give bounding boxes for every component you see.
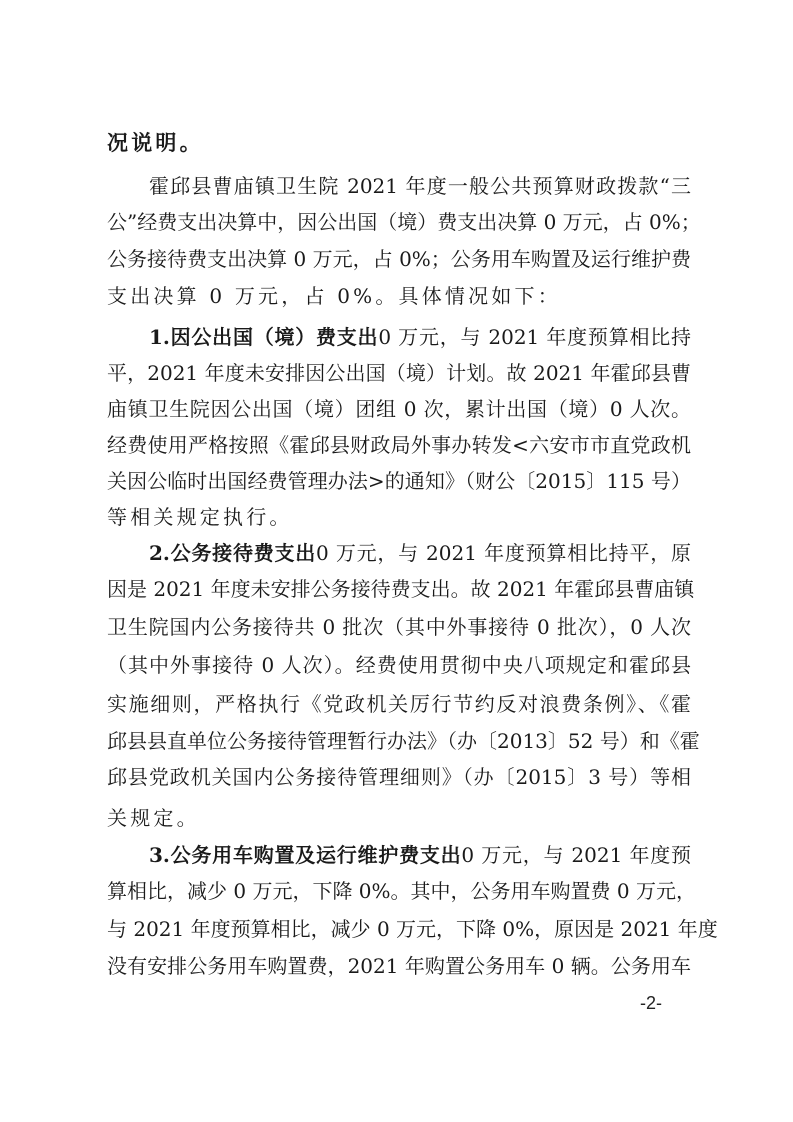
section-1-line: 关因公临时出国经费管理办法>的通知》（财公〔2015〕115 号） <box>107 466 691 496</box>
section-2-title-rest: 0 万元，与 2021 年度预算相比持平，原 <box>316 541 691 565</box>
section-2-line: 关规定。 <box>107 803 691 833</box>
section-1-title-rest: 0 万元，与 2021 年度预算相比持 <box>378 325 691 349</box>
intro-line-2: 公”经费支出决算中，因公出国（境）费支出决算 0 万元，占 0%； <box>107 207 691 237</box>
section-3-line: 算相比，减少 0 万元，下降 0%。其中，公务用车购置费 0 万元， <box>107 876 691 906</box>
section-2-line: 因是 2021 年度未安排公务接待费支出。故 2021 年霍邱县曹庙镇 <box>107 574 691 604</box>
section-2-line: 邱县县直单位公务接待管理暂行办法》（办〔2013〕52 号）和《霍 <box>107 726 691 756</box>
section-1-line: 庙镇卫生院因公出国（境）团组 0 次，累计出国（境）0 人次。 <box>107 394 691 424</box>
section-2-first-line: 2.公务接待费支出0 万元，与 2021 年度预算相比持平，原 <box>149 538 691 568</box>
heading-continuation: 况说明。 <box>107 128 691 158</box>
document-page: 况说明。 霍邱县曹庙镇卫生院 2021 年度一般公共预算财政拨款“三 公”经费支… <box>0 0 793 1122</box>
section-1-first-line: 1.因公出国（境）费支出0 万元，与 2021 年度预算相比持 <box>149 322 691 352</box>
section-1-line: 经费使用严格按照《霍邱县财政局外事办转发<六安市市直党政机 <box>107 430 691 460</box>
page-number: -2- <box>640 990 662 1016</box>
section-1-line: 等相关规定执行。 <box>107 502 691 532</box>
section-3-line: 与 2021 年度预算相比，减少 0 万元，下降 0%，原因是 2021 年度 <box>107 914 691 944</box>
section-2-line: 卫生院国内公务接待共 0 批次（其中外事接待 0 批次），0 人次 <box>107 612 691 642</box>
section-3-first-line: 3.公务用车购置及运行维护费支出0 万元，与 2021 年度预 <box>149 840 691 870</box>
section-2-title: 2.公务接待费支出 <box>149 541 316 565</box>
section-3-title: 3.公务用车购置及运行维护费支出 <box>149 843 461 867</box>
section-1-title: 1.因公出国（境）费支出 <box>149 325 378 349</box>
section-2-line: （其中外事接待 0 人次）。经费使用贯彻中央八项规定和霍邱县 <box>107 650 691 680</box>
section-1-line: 平，2021 年度未安排因公出国（境）计划。故 2021 年霍邱县曹 <box>107 358 691 388</box>
section-2-line: 邱县党政机关国内公务接待管理细则》（办〔2015〕3 号）等相 <box>107 762 691 792</box>
section-3-title-rest: 0 万元，与 2021 年度预 <box>461 843 691 867</box>
intro-line-3: 公务接待费支出决算 0 万元，占 0%；公务用车购置及运行维护费 <box>107 244 691 274</box>
section-2-line: 实施细则，严格执行《党政机关厉行节约反对浪费条例》、《霍 <box>107 689 691 719</box>
section-3-line: 没有安排公务用车购置费，2021 年购置公务用车 0 辆。公务用车 <box>107 951 691 981</box>
intro-line-1: 霍邱县曹庙镇卫生院 2021 年度一般公共预算财政拨款“三 <box>149 171 691 201</box>
intro-line-4: 支出决算 0 万元，占 0%。具体情况如下： <box>107 281 691 311</box>
